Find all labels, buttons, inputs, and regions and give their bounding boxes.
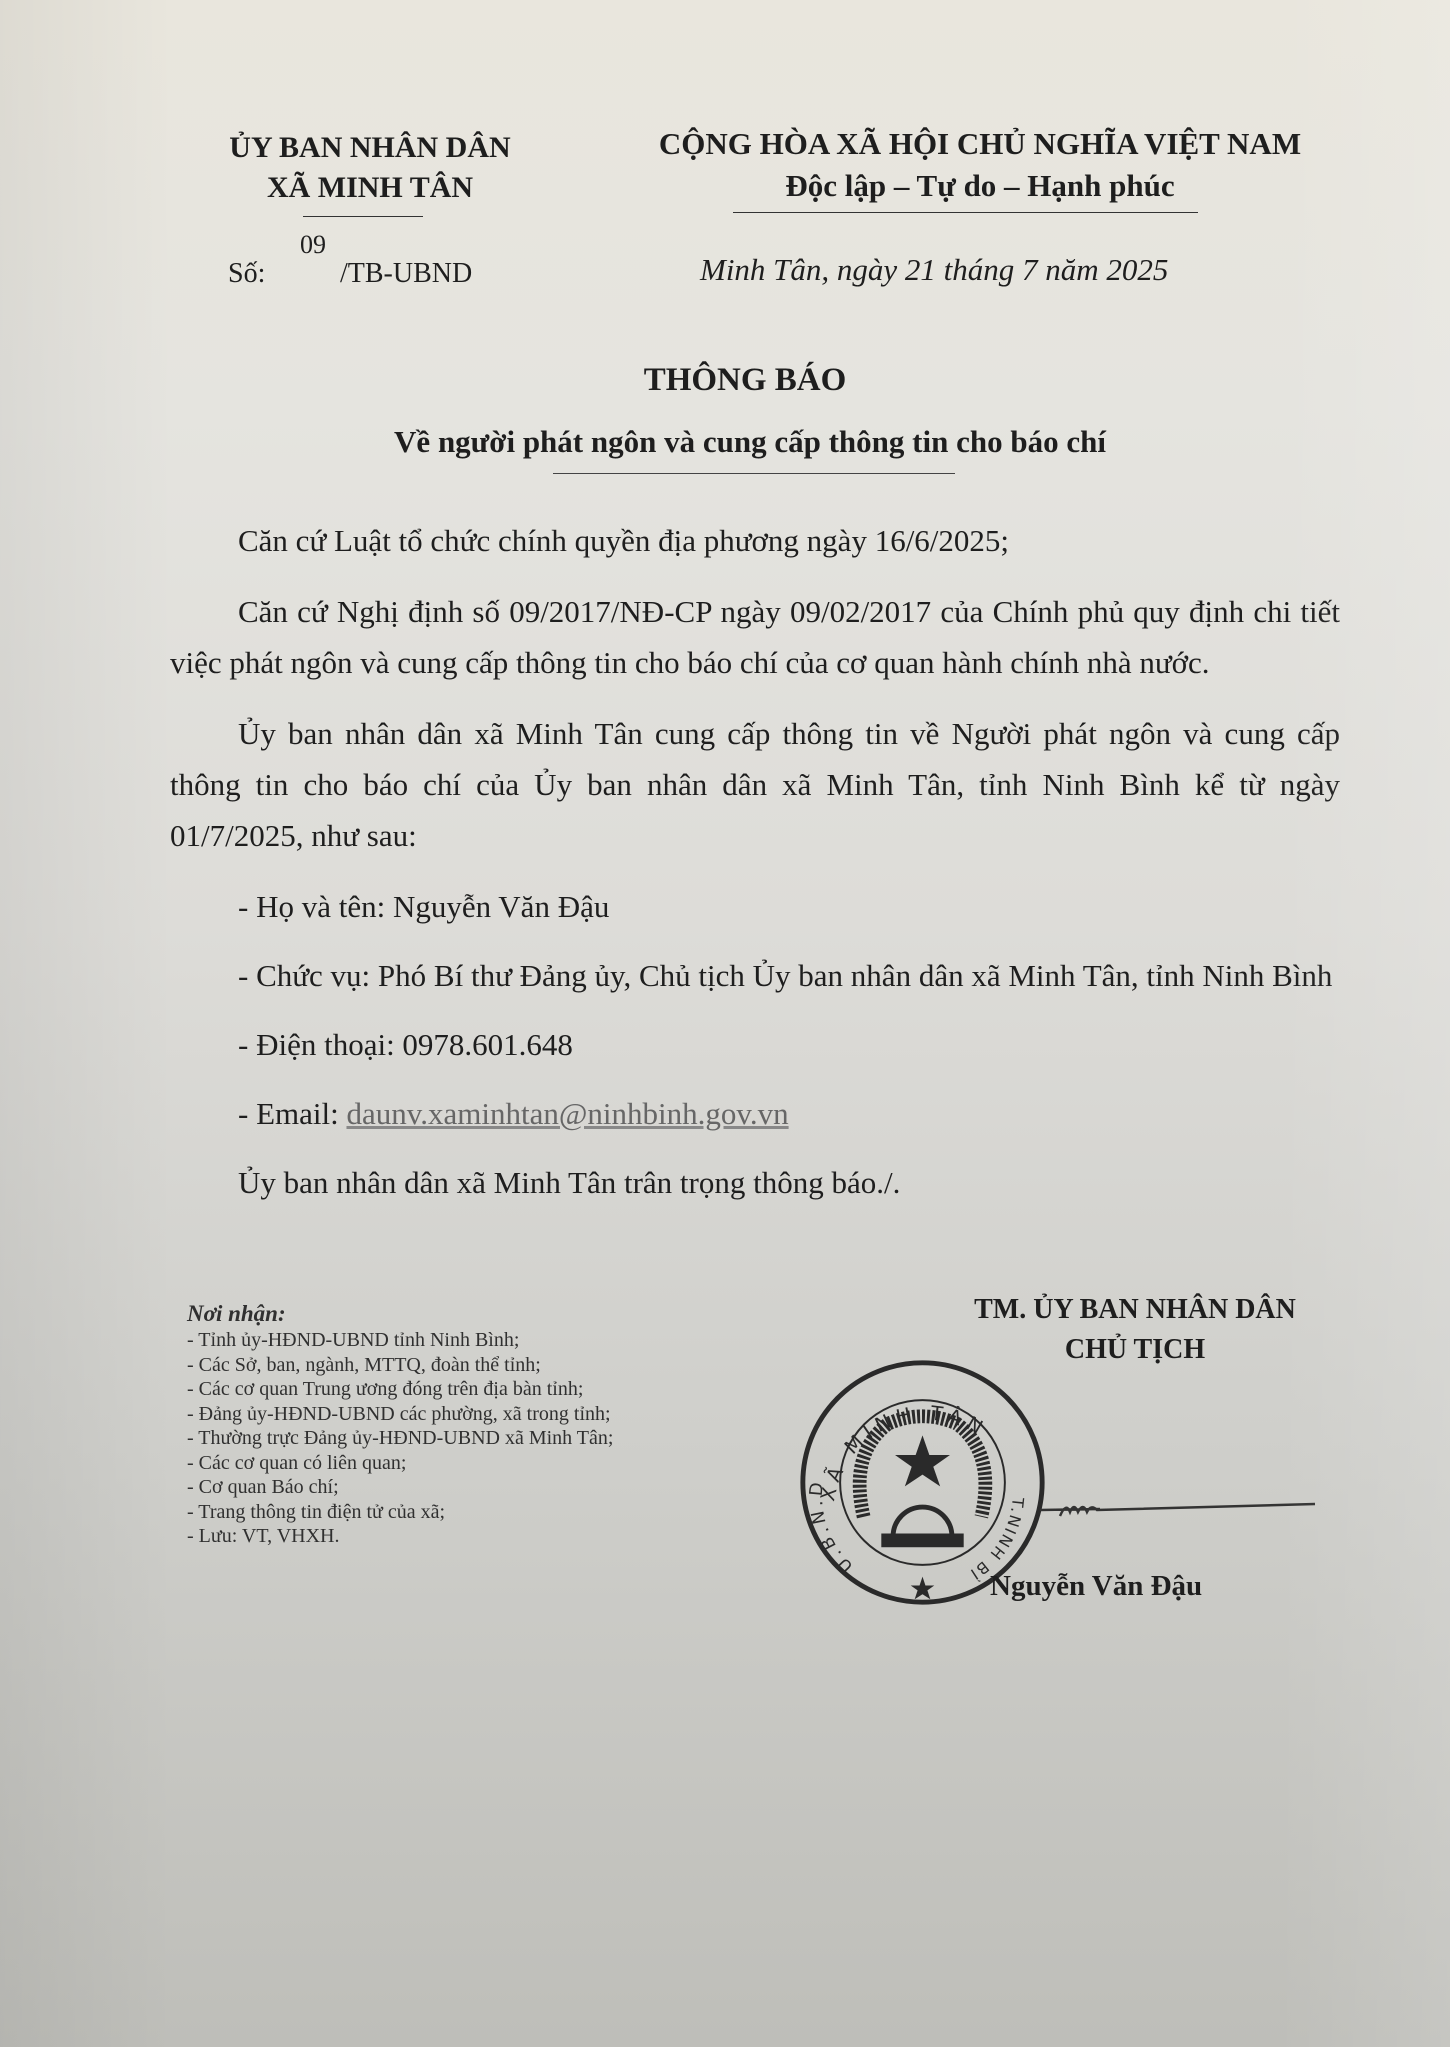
document-page: ỦY BAN NHÂN DÂN XÃ MINH TÂN CỘNG HÒA XÃ … — [0, 0, 1450, 2047]
spokesperson-phone: - Điện thoại: 0978.601.648 — [170, 1019, 1340, 1070]
subtitle-underline — [553, 473, 955, 474]
issuing-agency: ỦY BAN NHÂN DÂN XÃ MINH TÂN — [170, 128, 570, 208]
recipient-item: - Đảng ủy-HĐND-UBND các phường, xã trong… — [187, 1402, 747, 1427]
recipients-list: - Tỉnh ủy-HĐND-UBND tỉnh Ninh Bình;- Các… — [187, 1328, 747, 1549]
document-subtitle: Về người phát ngôn và cung cấp thông tin… — [0, 424, 1450, 460]
national-title: CỘNG HÒA XÃ HỘI CHỦ NGHĨA VIỆT NAM — [600, 123, 1360, 165]
email-link[interactable]: daunv.xaminhtan@ninhbinh.gov.vn — [346, 1096, 788, 1131]
place-date: Minh Tân, ngày 21 tháng 7 năm 2025 — [700, 252, 1168, 288]
closing-line: Ủy ban nhân dân xã Minh Tân trân trọng t… — [170, 1157, 1340, 1208]
doc-number-suffix: /TB-UBND — [340, 258, 472, 290]
national-motto: Độc lập – Tự do – Hạnh phúc — [600, 165, 1360, 207]
recipient-item: - Thường trực Đảng ủy-HĐND-UBND xã Minh … — [187, 1426, 747, 1451]
signer-name: Nguyễn Văn Đậu — [990, 1570, 1202, 1603]
recipient-item: - Trang thông tin điện tử của xã; — [187, 1500, 747, 1525]
recipient-item: - Các cơ quan Trung ương đóng trên địa b… — [187, 1377, 747, 1402]
motto-underline — [733, 212, 1198, 213]
agency-line-2: XÃ MINH TÂN — [170, 168, 570, 208]
doc-number-label: Số: — [228, 258, 265, 290]
on-behalf-line: TM. ỦY BAN NHÂN DÂN — [900, 1290, 1370, 1330]
handwritten-signature-icon — [1040, 1490, 1320, 1530]
doc-number: 09 — [300, 230, 326, 260]
recipient-item: - Cơ quan Báo chí; — [187, 1475, 747, 1500]
email-label: - Email: — [238, 1096, 346, 1131]
spokesperson-position: - Chức vụ: Phó Bí thư Đảng ủy, Chủ tịch … — [170, 950, 1340, 1001]
document-title: THÔNG BÁO — [0, 362, 1450, 399]
spokesperson-name: - Họ và tên: Nguyễn Văn Đậu — [170, 881, 1340, 932]
recipient-item: - Lưu: VT, VHXH. — [187, 1524, 747, 1549]
legal-basis-1: Căn cứ Luật tổ chức chính quyền địa phươ… — [170, 515, 1340, 566]
recipients-block: Nơi nhận: - Tỉnh ủy-HĐND-UBND tỉnh Ninh … — [187, 1300, 747, 1549]
document-body: Căn cứ Luật tổ chức chính quyền địa phươ… — [170, 515, 1340, 1228]
recipients-heading: Nơi nhận: — [187, 1300, 747, 1328]
agency-underline — [303, 216, 423, 217]
recipient-item: - Các cơ quan có liên quan; — [187, 1451, 747, 1476]
agency-line-1: ỦY BAN NHÂN DÂN — [170, 128, 570, 168]
legal-basis-2: Căn cứ Nghị định số 09/2017/NĐ-CP ngày 0… — [170, 586, 1340, 688]
spokesperson-email-line: - Email: daunv.xaminhtan@ninhbinh.gov.vn — [170, 1088, 1340, 1139]
recipient-item: - Tỉnh ủy-HĐND-UBND tỉnh Ninh Bình; — [187, 1328, 747, 1353]
recipient-item: - Các Sở, ban, ngành, MTTQ, đoàn thể tỉn… — [187, 1353, 747, 1378]
announcement-paragraph: Ủy ban nhân dân xã Minh Tân cung cấp thô… — [170, 708, 1340, 861]
